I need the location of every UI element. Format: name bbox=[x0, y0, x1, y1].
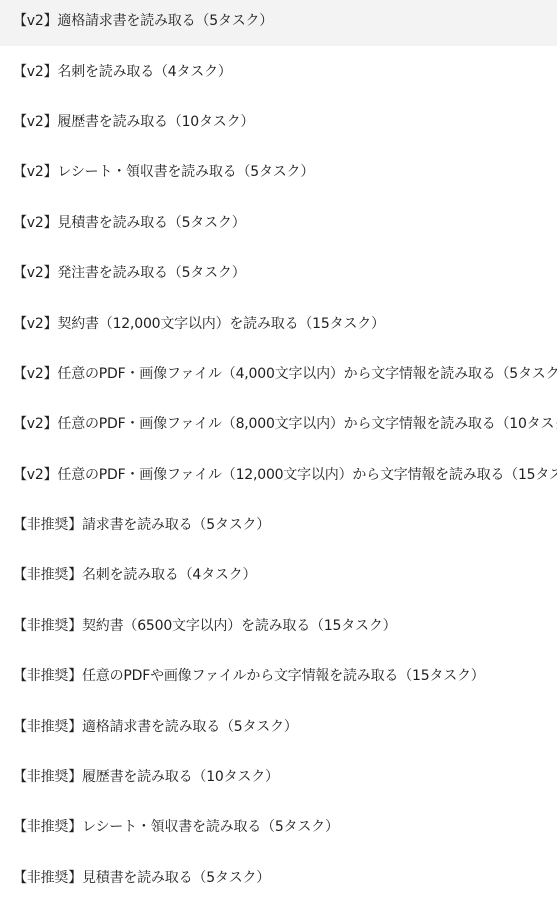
menu-item-v2-contract[interactable]: 【v2】契約書（12,000文字以内）を読み取る（15タスク） bbox=[0, 298, 557, 348]
menu-item-label: 【v2】見積書を読み取る（5タスク） bbox=[13, 214, 246, 232]
menu-item-deprecated-contract[interactable]: 【非推奨】契約書（6500文字以内）を読み取る（15タスク） bbox=[0, 601, 557, 651]
menu-item-label: 【v2】適格請求書を読み取る（5タスク） bbox=[13, 12, 273, 30]
menu-item-deprecated-qualified-invoice[interactable]: 【非推奨】適格請求書を読み取る（5タスク） bbox=[0, 701, 557, 751]
menu-item-label: 【非推奨】名刺を読み取る（4タスク） bbox=[13, 566, 256, 584]
menu-item-label: 【v2】レシート・領収書を読み取る（5タスク） bbox=[13, 163, 314, 181]
menu-item-label: 【非推奨】任意のPDFや画像ファイルから文字情報を読み取る（15タスク） bbox=[13, 667, 485, 685]
menu-item-label: 【非推奨】履歴書を読み取る（10タスク） bbox=[13, 768, 279, 786]
menu-item-v2-any-file-8000[interactable]: 【v2】任意のPDF・画像ファイル（8,000文字以内）から文字情報を読み取る（… bbox=[0, 399, 557, 449]
menu-item-v2-any-file-12000[interactable]: 【v2】任意のPDF・画像ファイル（12,000文字以内）から文字情報を読み取る… bbox=[0, 450, 557, 500]
menu-item-label: 【v2】任意のPDF・画像ファイル（4,000文字以内）から文字情報を読み取る（… bbox=[13, 365, 557, 383]
menu-item-label: 【非推奨】レシート・領収書を読み取る（5タスク） bbox=[13, 818, 339, 836]
menu-item-label: 【非推奨】見積書を読み取る（5タスク） bbox=[13, 869, 270, 887]
menu-item-label: 【v2】名刺を読み取る（4タスク） bbox=[13, 63, 232, 81]
menu-item-label: 【非推奨】契約書（6500文字以内）を読み取る（15タスク） bbox=[13, 617, 396, 635]
menu-item-deprecated-business-card[interactable]: 【非推奨】名刺を読み取る（4タスク） bbox=[0, 550, 557, 600]
menu-item-label: 【非推奨】請求書を読み取る（5タスク） bbox=[13, 516, 270, 534]
menu-item-label: 【v2】任意のPDF・画像ファイル（8,000文字以内）から文字情報を読み取る（… bbox=[13, 415, 557, 433]
menu-item-v2-quotation[interactable]: 【v2】見積書を読み取る（5タスク） bbox=[0, 198, 557, 248]
menu-item-v2-resume[interactable]: 【v2】履歴書を読み取る（10タスク） bbox=[0, 97, 557, 147]
menu-item-label: 【v2】発注書を読み取る（5タスク） bbox=[13, 264, 246, 282]
menu-item-v2-receipt[interactable]: 【v2】レシート・領収書を読み取る（5タスク） bbox=[0, 147, 557, 197]
menu-item-deprecated-quotation[interactable]: 【非推奨】見積書を読み取る（5タスク） bbox=[0, 853, 557, 898]
ocr-action-menu: 【v2】適格請求書を読み取る（5タスク） 【v2】名刺を読み取る（4タスク） 【… bbox=[0, 0, 557, 898]
menu-item-label: 【非推奨】適格請求書を読み取る（5タスク） bbox=[13, 718, 298, 736]
menu-item-v2-any-file-4000[interactable]: 【v2】任意のPDF・画像ファイル（4,000文字以内）から文字情報を読み取る（… bbox=[0, 349, 557, 399]
menu-item-v2-purchase-order[interactable]: 【v2】発注書を読み取る（5タスク） bbox=[0, 248, 557, 298]
menu-item-deprecated-any-file[interactable]: 【非推奨】任意のPDFや画像ファイルから文字情報を読み取る（15タスク） bbox=[0, 651, 557, 701]
menu-item-v2-business-card[interactable]: 【v2】名刺を読み取る（4タスク） bbox=[0, 46, 557, 96]
menu-item-v2-qualified-invoice[interactable]: 【v2】適格請求書を読み取る（5タスク） bbox=[0, 0, 557, 46]
menu-item-deprecated-receipt[interactable]: 【非推奨】レシート・領収書を読み取る（5タスク） bbox=[0, 802, 557, 852]
menu-item-label: 【v2】履歴書を読み取る（10タスク） bbox=[13, 113, 254, 131]
menu-item-deprecated-resume[interactable]: 【非推奨】履歴書を読み取る（10タスク） bbox=[0, 752, 557, 802]
menu-item-label: 【v2】契約書（12,000文字以内）を読み取る（15タスク） bbox=[13, 315, 385, 333]
menu-item-deprecated-invoice[interactable]: 【非推奨】請求書を読み取る（5タスク） bbox=[0, 500, 557, 550]
menu-item-label: 【v2】任意のPDF・画像ファイル（12,000文字以内）から文字情報を読み取る… bbox=[13, 466, 557, 484]
